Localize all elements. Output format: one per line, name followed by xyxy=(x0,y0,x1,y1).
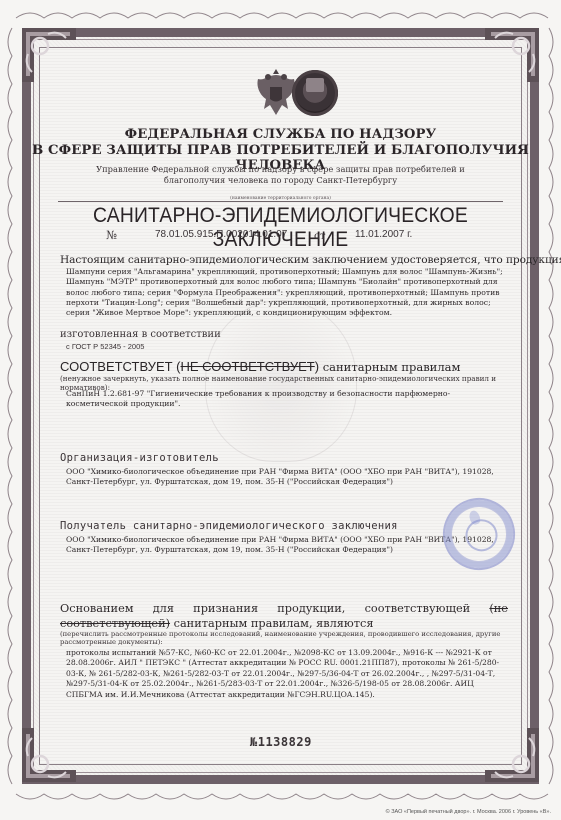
compliance-yes: СООТВЕТСТВУЕТ xyxy=(60,359,173,374)
agency-title-line1: ФЕДЕРАЛЬНАЯ СЛУЖБА ПО НАДЗОРУ xyxy=(0,127,561,142)
divider xyxy=(58,201,503,202)
ornament-corner-icon xyxy=(481,24,543,86)
compliance-no-struck: НЕ СООТВЕТСТВУЕТ xyxy=(181,359,315,374)
compliance-statement: СООТВЕТСТВУЕТ (НЕ СООТВЕТСТВУЕТ) санитар… xyxy=(60,359,510,374)
number-label: № xyxy=(106,228,117,242)
products-list: Шампуни серия "Альгамарина" укрепляющий,… xyxy=(66,267,506,318)
manufacturer-details: ООО "Химико-биологическое объединение пр… xyxy=(66,467,506,488)
manufacturer-heading: Организация-изготовитель xyxy=(60,452,219,464)
basis-lead: Основанием для признания продукции, соот… xyxy=(60,602,470,615)
compliance-tail: санитарным правилам xyxy=(323,360,461,374)
basis-note: (перечислить рассмотренные протоколы исс… xyxy=(60,630,508,646)
ornament-corner-icon xyxy=(481,724,543,786)
document-number-row: № 78.01.05.915.П.002014.01.07 от 11.01.2… xyxy=(0,228,561,244)
document-number: 78.01.05.915.П.002014.01.07 xyxy=(155,229,287,240)
printer-imprint: © ЗАО «Первый печатный двор». г. Москва.… xyxy=(386,809,551,815)
intro-text: Настоящим санитарно-эпидемиологическим з… xyxy=(60,254,510,266)
certificate-page: ФЕДЕРАЛЬНАЯ СЛУЖБА ПО НАДЗОРУ В СФЕРЕ ЗА… xyxy=(0,0,561,820)
basis-statement: Основанием для признания продукции, соот… xyxy=(60,602,508,631)
recipient-details: ООО "Химико-биологическое объединение пр… xyxy=(66,535,506,556)
territorial-agency: Управление Федеральной службы по надзору… xyxy=(90,164,471,186)
sanpin-reference: СанПиН 1.2.681-97 "Гигиенические требова… xyxy=(66,389,506,410)
seal-icon xyxy=(292,70,338,116)
serial-number: №1138829 xyxy=(250,735,312,749)
basis-tail: санитарным правилам, являются xyxy=(174,617,374,630)
document-date: 11.01.2007 г. xyxy=(355,229,412,240)
stamp-core xyxy=(461,515,501,555)
ornament-corner-icon xyxy=(18,24,80,86)
recipient-heading: Получатель санитарно-эпидемиологического… xyxy=(60,520,398,532)
date-label: от xyxy=(314,231,326,242)
made-in-label: изготовленная в соответствии xyxy=(60,329,510,340)
gost-standard: с ГОСТ Р 52345 - 2005 xyxy=(66,342,516,351)
ornament-corner-icon xyxy=(18,724,80,786)
test-protocols: протоколы испытаний №57-КС, №60-КС от 22… xyxy=(66,648,506,700)
